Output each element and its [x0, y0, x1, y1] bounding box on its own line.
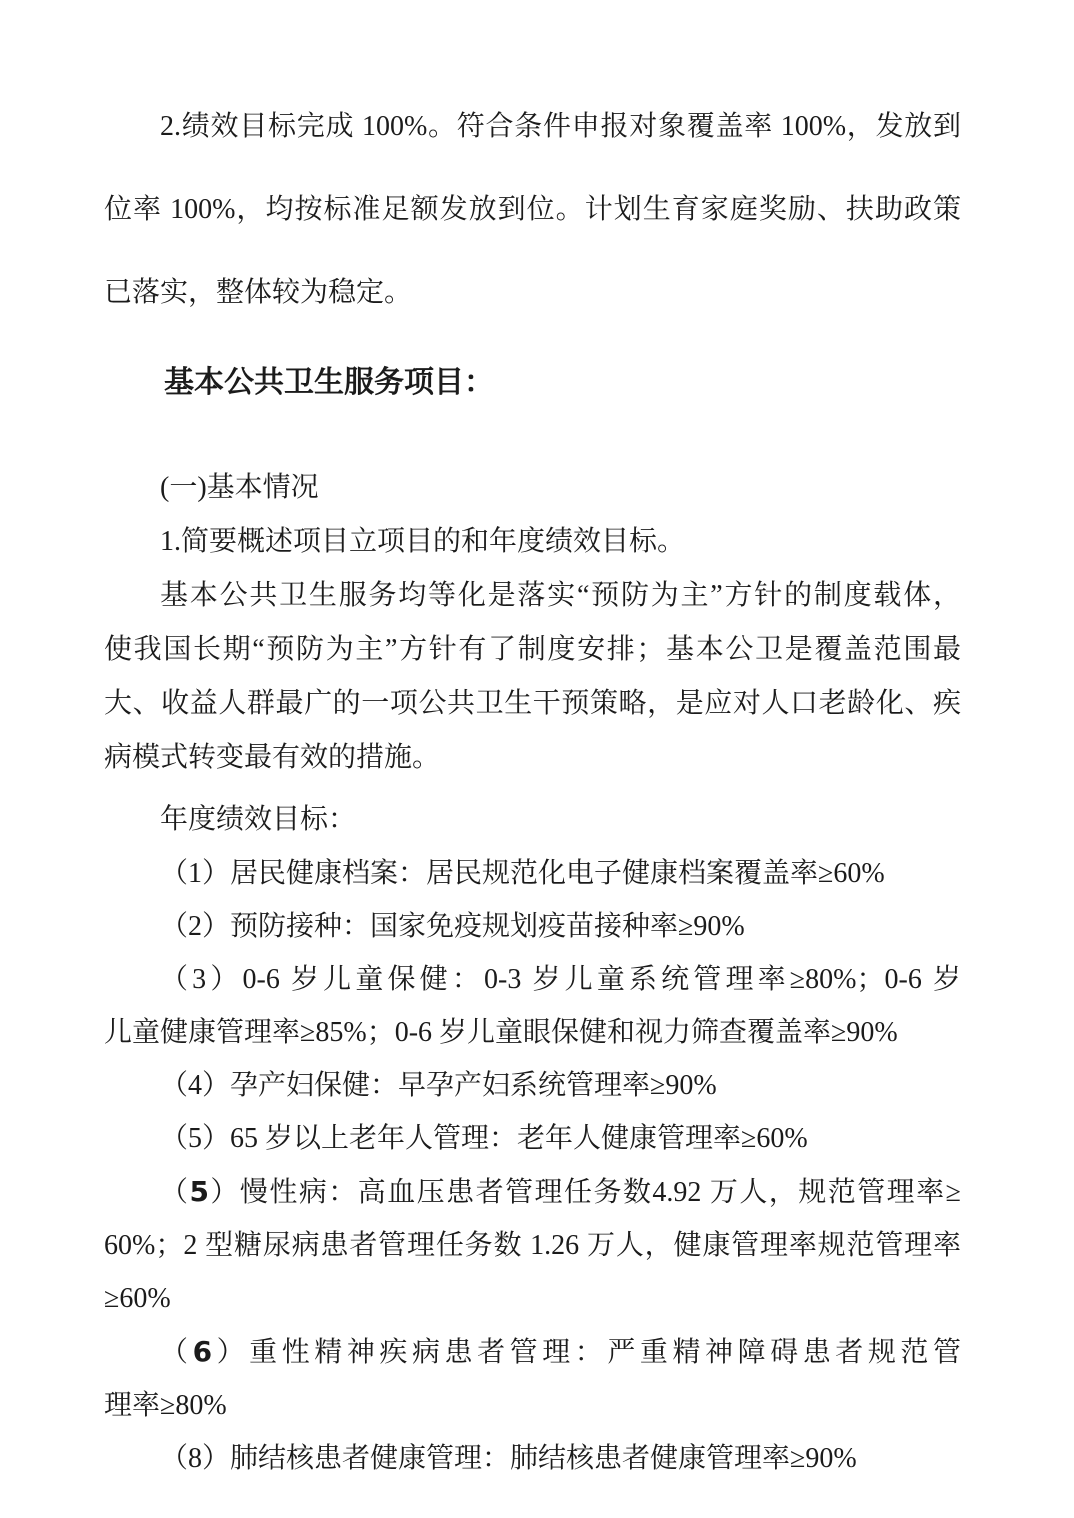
target-6-line-1: （5）慢性病：高血压患者管理任务数4.92 万人，规范管理率≥: [104, 1165, 961, 1219]
target-7-paren-open: （: [160, 1337, 193, 1368]
item1-title: 1.简要概述项目立项目的和年度绩效目标。: [104, 515, 961, 569]
target-6-number: 5: [189, 1175, 208, 1208]
target-6-line-2: 60%；2 型糖尿病患者管理任务数 1.26 万人，健康管理率规范管理率: [104, 1219, 961, 1272]
overview-line-1: 基本公共卫生服务均等化是落实“预防为主”方针的制度载体，: [104, 569, 961, 623]
overview-line-3: 大、收益人群最广的一项公共卫生干预策略，是应对人口老龄化、疾: [104, 677, 961, 731]
target-5-line-1: （5）65 岁以上老年人管理：老年人健康管理率≥60%: [104, 1112, 961, 1165]
target-6-paren-open: （: [160, 1177, 189, 1208]
target-3-line-2: 儿童健康管理率≥85%；0-6 岁儿童眼保健和视力筛查覆盖率≥90%: [104, 1006, 961, 1059]
annual-targets-list: （1）居民健康档案：居民规范化电子健康档案覆盖率≥60% （2）预防接种：国家免…: [104, 847, 961, 1485]
target-1-line-1: （1）居民健康档案：居民规范化电子健康档案覆盖率≥60%: [104, 847, 961, 900]
target-7-paren-close: ）: [212, 1337, 249, 1368]
intro-line-3: 已落实，整体较为稳定。: [104, 251, 961, 334]
target-3-line-1: （3）0-6 岁儿童保健：0-3 岁儿童系统管理率≥80%；0-6 岁: [104, 953, 961, 1006]
intro-line-2: 位率 100%，均按标准足额发放到位。计划生育家庭奖励、扶助政策: [104, 168, 961, 251]
target-6-text: 慢性病：高血压患者管理任务数4.92 万人，规范管理率≥: [240, 1177, 961, 1208]
targets-label: 年度绩效目标：: [104, 793, 961, 847]
document-page: 2.绩效目标完成 100%。符合条件申报对象覆盖率 100%，发放到 位率 10…: [0, 0, 1074, 1518]
basic-info-section: (一)基本情况 1.简要概述项目立项目的和年度绩效目标。 基本公共卫生服务均等化…: [104, 461, 961, 847]
overview-line-4: 病模式转变最有效的措施。: [104, 731, 961, 785]
subsection-heading: (一)基本情况: [104, 461, 961, 515]
target-8-line-1: （8）肺结核患者健康管理：肺结核患者健康管理率≥90%: [104, 1432, 961, 1485]
intro-paragraph: 2.绩效目标完成 100%。符合条件申报对象覆盖率 100%，发放到 位率 10…: [104, 85, 961, 334]
target-2-line-1: （2）预防接种：国家免疫规划疫苗接种率≥90%: [104, 900, 961, 953]
target-7-text: 重性精神疾病患者管理：严重精神障碍患者规范管: [249, 1337, 961, 1368]
target-7-number: 6: [193, 1335, 212, 1368]
target-4-line-1: （4）孕产妇保健：早孕产妇系统管理率≥90%: [104, 1059, 961, 1112]
overview-line-2: 使我国长期“预防为主”方针有了制度安排；基本公卫是覆盖范围最: [104, 623, 961, 677]
target-6-paren-close: ）: [209, 1177, 240, 1208]
target-6-line-3: ≥60%: [104, 1272, 961, 1325]
intro-line-1: 2.绩效目标完成 100%。符合条件申报对象覆盖率 100%，发放到: [104, 85, 961, 168]
section-heading: 基本公共卫生服务项目：: [104, 356, 961, 410]
target-7-line-1: （6）重性精神疾病患者管理：严重精神障碍患者规范管: [104, 1325, 961, 1379]
target-7-line-2: 理率≥80%: [104, 1379, 961, 1432]
